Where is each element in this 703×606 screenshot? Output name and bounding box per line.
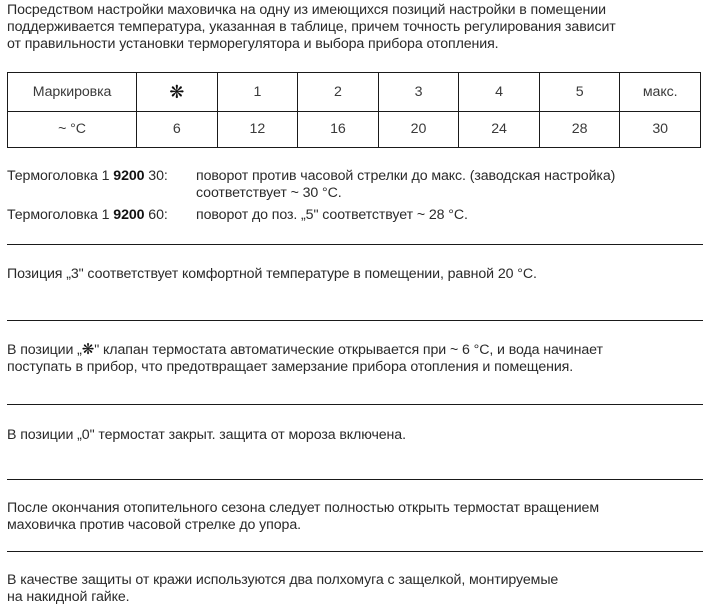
spec-label: Термоголовка 1 9200 60: (7, 207, 196, 224)
table-cell: 24 (459, 112, 540, 148)
divider (7, 404, 703, 405)
table-cell: 16 (298, 112, 379, 148)
note-line: После окончания отопительного сезона сле… (7, 500, 697, 517)
divider (7, 244, 703, 245)
spec-label-model: 9200 (113, 168, 144, 184)
spec-label-suffix: 60: (144, 207, 167, 223)
spec-row-9200-30: Термоголовка 1 9200 30: поворот против ч… (7, 168, 697, 202)
snowflake-icon: ❋ (82, 341, 94, 358)
note-comfort-position: Позиция „3" соответствует комфортной тем… (7, 266, 697, 283)
note-line: маховичка против часовой стрелке до упор… (7, 517, 697, 534)
spec-text-line: поворот против часовой стрелки до макс. … (196, 168, 697, 185)
table-header-marking: Маркировка (8, 73, 137, 112)
note-text: " клапан термостата автоматические откры… (94, 342, 603, 358)
table-cell: 20 (378, 112, 459, 148)
spec-label-prefix: Термоголовка 1 (7, 207, 113, 223)
divider (7, 551, 703, 552)
note-closed-position: В позиции „0" термостат закрыт. защита о… (7, 427, 697, 444)
table-cell: 1 (217, 73, 298, 112)
table-row-marking: Маркировка ❋ 1 2 3 4 5 макс. (8, 73, 701, 112)
table-row-temperature: ~ °C 6 12 16 20 24 28 30 (8, 112, 701, 148)
spec-text-line: поворот до поз. „5" соответствует ~ 28 °… (196, 207, 697, 224)
spec-label-model: 9200 (113, 207, 144, 223)
table-cell: 12 (217, 112, 298, 148)
table-cell: 6 (137, 112, 218, 148)
snowflake-icon: ❋ (137, 73, 218, 112)
note-line: В позиции „❋" клапан термостата автомати… (7, 341, 697, 359)
intro-line: поддерживается температура, указанная в … (7, 19, 697, 36)
intro-paragraph: Посредством настройки маховичка на одну … (7, 2, 697, 53)
table-cell: 4 (459, 73, 540, 112)
table-cell: 28 (539, 112, 620, 148)
table-cell: 30 (620, 112, 701, 148)
spec-label: Термоголовка 1 9200 30: (7, 168, 196, 202)
divider (7, 320, 703, 321)
intro-line: от правильности установки терморегулятор… (7, 36, 697, 53)
table-cell: 2 (298, 73, 379, 112)
intro-line: Посредством настройки маховичка на одну … (7, 2, 697, 19)
divider (7, 479, 703, 480)
note-line: на накидной гайке. (7, 589, 697, 606)
note-text: В позиции „ (7, 342, 82, 358)
note-frost-protection: В позиции „❋" клапан термостата автомати… (7, 341, 697, 376)
marking-temperature-table: Маркировка ❋ 1 2 3 4 5 макс. ~ °C 6 12 1… (7, 72, 701, 148)
thermohead-specs: Термоголовка 1 9200 30: поворот против ч… (7, 168, 697, 229)
note-line: В качестве защиты от кражи используются … (7, 572, 697, 589)
table-cell: макс. (620, 73, 701, 112)
note-line: поступать в прибор, что предотвращает за… (7, 359, 697, 376)
spec-text: поворот против часовой стрелки до макс. … (196, 168, 697, 202)
spec-text: поворот до поз. „5" соответствует ~ 28 °… (196, 207, 697, 224)
spec-text-line: соответствует ~ 30 °C. (196, 185, 697, 202)
spec-label-suffix: 30: (144, 168, 167, 184)
spec-label-prefix: Термоголовка 1 (7, 168, 113, 184)
note-theft-protection: В качестве защиты от кражи используются … (7, 572, 697, 606)
note-end-of-season: После окончания отопительного сезона сле… (7, 500, 697, 534)
table-header-temperature: ~ °C (8, 112, 137, 148)
table-cell: 5 (539, 73, 620, 112)
spec-row-9200-60: Термоголовка 1 9200 60: поворот до поз. … (7, 207, 697, 224)
table-cell: 3 (378, 73, 459, 112)
